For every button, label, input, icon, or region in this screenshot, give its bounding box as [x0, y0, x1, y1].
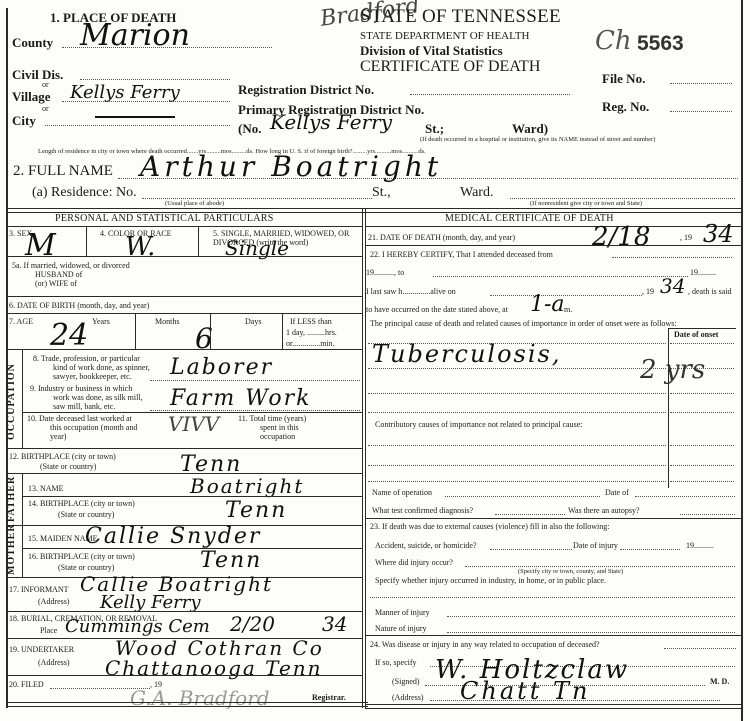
manner-label: Manner of injury [375, 608, 430, 617]
where-injury-label: Where did injury occur? [375, 558, 453, 567]
injury-year: 19.......... [686, 541, 714, 550]
industry-field [150, 410, 360, 411]
trade-value: Laborer [170, 355, 273, 380]
divider [6, 226, 362, 227]
nature-label: Nature of injury [375, 624, 427, 633]
less-than-min: or..............min. [286, 339, 335, 348]
bottom-border [6, 702, 368, 707]
autopsy-field [680, 514, 735, 515]
signed-label: (Signed) [392, 677, 420, 686]
age-months-label: Months [155, 317, 179, 326]
injury-place-label: Specify whether injury occurred in indus… [375, 576, 606, 585]
occupation-related-label: 24. Was disease or injury in any way rel… [370, 640, 600, 649]
onset-column-divider [668, 328, 669, 488]
test-field [495, 514, 565, 515]
undertaker-label: 19. UNDERTAKER [9, 645, 74, 654]
personal-section-title: PERSONAL AND STATISTICAL PARTICULARS [55, 213, 274, 224]
state-title: STATE OF TENNESSEE [360, 6, 561, 28]
attended-from-field [612, 257, 732, 258]
test-label: What test confirmed diagnosis? [372, 506, 473, 515]
divider [6, 296, 362, 297]
certificate-number-stamp: 5563 [637, 32, 684, 56]
last-saw-19: , 19 [642, 287, 654, 296]
where-injury-note: (Specify city or town, county, and State… [518, 568, 623, 575]
divider [6, 349, 362, 350]
mother-maiden-value: Callie Snyder [85, 524, 261, 549]
husband-label: HUSBAND of [35, 270, 82, 279]
full-name-label: 2. FULL NAME [13, 163, 113, 180]
age-days-label: Days [245, 317, 261, 326]
undertaker-address-label: (Address) [38, 658, 70, 667]
or-text: or [42, 104, 49, 113]
operation-field [445, 496, 600, 497]
reg-no-field [670, 111, 732, 112]
city-label: City [12, 113, 36, 129]
date-of-death-19: , 19 [680, 233, 692, 242]
divider [6, 611, 362, 612]
burial-place-value: Cummings Cem [65, 616, 210, 637]
divider [22, 525, 23, 577]
less-than-hrs: 1 day, .........hrs. [286, 328, 337, 337]
dob-label: 6. DATE OF BIRTH (month, day, and year) [9, 301, 149, 310]
onset-line-7 [670, 481, 734, 482]
trade-label-3: sawyer, bookkeeper, etc. [53, 372, 132, 381]
village-value: Kellys Ferry [70, 82, 180, 103]
total-time-label: 11. Total time (years) [238, 414, 306, 423]
contributory-line-2 [368, 465, 666, 466]
contributory-line-3 [368, 481, 666, 482]
or-text: or [42, 80, 49, 89]
divider [210, 313, 211, 349]
wife-label: (or) WIFE of [35, 279, 77, 288]
certify-label: 22. I HEREBY CERTIFY, That I attended de… [370, 250, 553, 259]
divider [6, 256, 362, 257]
burial-date-value: 2/20 [230, 612, 275, 636]
accident-field [490, 549, 572, 550]
mother-birthplace-label: 16. BIRTHPLACE (city or town) [28, 552, 135, 561]
contributory-line-1 [368, 445, 666, 446]
street-no-value: Kellys Ferry [270, 110, 392, 134]
divider [198, 226, 199, 256]
divider [365, 518, 741, 519]
last-saw-label: I last saw h..............alive on [366, 287, 456, 296]
where-injury-field [465, 566, 735, 567]
last-worked-label-2: this occupation (month and [50, 423, 137, 432]
age-years-label: Years [92, 317, 110, 326]
certificate-title: CERTIFICATE OF DEATH [360, 58, 540, 76]
race-value: W. [125, 232, 155, 262]
divider [22, 548, 362, 549]
principal-cause-label: The principal cause of death and related… [370, 319, 735, 328]
specify-label: If so, specify [375, 658, 417, 667]
sex-value: M [25, 228, 56, 263]
civil-dis-label: Civil Dis. [12, 67, 63, 83]
father-birthplace-value: Tenn [225, 498, 287, 523]
contributory-label: Contributory causes of importance not re… [375, 420, 583, 429]
age-years-value: 24 [50, 318, 88, 353]
city-field [45, 125, 230, 126]
accident-label: Accident, suicide, or homicide? [375, 541, 477, 550]
mother-birthplace-value: Tenn [200, 548, 262, 573]
date-of-onset-label: Date of onset [674, 330, 718, 339]
onset-line-4 [670, 412, 734, 413]
reg-no-label: Reg. No. [602, 99, 649, 115]
cause-of-death-value: Tuberculosis, [372, 340, 561, 368]
injury-place-field [370, 597, 735, 598]
attended-to-year: 19......... [690, 268, 716, 277]
industry-label: 9. Industry or business in which [30, 384, 132, 393]
trade-field [150, 380, 360, 381]
nonresident-field [510, 198, 735, 199]
death-certificate: 1. PLACE OF DEATH Bradford STATE OF TENN… [0, 0, 750, 721]
injury-date-field [620, 549, 680, 550]
divider [365, 226, 741, 227]
right-border [741, 0, 743, 721]
operation-date-field [635, 496, 735, 497]
ward-label: Ward) [512, 121, 548, 137]
occupation-side-label: OCCUPATION [6, 363, 17, 440]
division-title: Division of Vital Statistics [360, 43, 503, 59]
divider [22, 349, 23, 448]
filed-label: 20. FILED [9, 680, 44, 689]
trade-label: 8. Trade, profession, or particular [33, 354, 140, 363]
father-birthplace-label: 14. BIRTHPLACE (city or town) [28, 499, 135, 508]
divider [135, 313, 136, 349]
stamp-prefix: Ch [595, 26, 632, 56]
manner-field [447, 616, 735, 617]
attended-to-field [433, 276, 688, 277]
column-divider [362, 208, 363, 708]
duration-value: 2 yrs [640, 355, 705, 385]
autopsy-label: Was there an autopsy? [568, 506, 640, 515]
informant-address-value: Kelly Ferry [100, 592, 201, 613]
spouse-label: 5a. If married, widowed, or divorced [12, 261, 130, 270]
father-name-value: Boatright [190, 474, 304, 498]
registrar-label: Registrar. [312, 693, 346, 702]
operation-label: Name of operation [372, 488, 432, 497]
residence-ward-label: Ward. [460, 185, 493, 201]
residence-st-label: St., [372, 185, 391, 201]
onset-line-1 [670, 343, 734, 344]
department-title: STATE DEPARTMENT OF HEALTH [360, 30, 530, 42]
burial-place-label: Place [40, 626, 57, 635]
bottom-border-right [365, 704, 741, 709]
last-worked-label: 10. Date deceased last worked at [27, 414, 132, 423]
registration-district-label: Registration District No. [238, 82, 374, 98]
father-birthplace-label-2: (State or country) [58, 510, 114, 519]
last-saw-year: 34 [660, 274, 685, 298]
informant-label: 17. INFORMANT [9, 585, 69, 594]
date-of-death-label: 21. DATE OF DEATH (month, day, and year) [368, 233, 515, 242]
industry-label-2: work was done, as silk mill, [53, 393, 143, 402]
onset-line-3 [670, 393, 734, 394]
undertaker-address-value: Chattanooga Tenn [105, 656, 323, 680]
physician-address-label: (Address) [392, 693, 424, 702]
industry-value: Farm Work [170, 386, 311, 411]
divider [86, 226, 87, 256]
medical-section-title: MEDICAL CERTIFICATE OF DEATH [445, 213, 614, 224]
burial-year-value: 34 [322, 612, 347, 636]
divider [22, 473, 23, 525]
residence-label: (a) Residence: No. [32, 185, 137, 201]
date-of-death-year: 34 [703, 220, 734, 248]
divider [6, 473, 362, 474]
trade-label-2: kind of work done, as spinner, [53, 363, 150, 372]
village-label: Village [12, 89, 51, 105]
onset-line-6 [670, 465, 734, 466]
occurred-label: to have occurred on the date stated abov… [366, 305, 508, 314]
external-causes-label: 23. If death was due to external causes … [370, 522, 609, 531]
birthplace-label-2: (State or country) [40, 462, 96, 471]
occurred-time-value: 1-a [530, 292, 565, 317]
cause-line-3 [368, 393, 666, 394]
st-label: St.; [425, 121, 444, 137]
cause-line-2 [368, 368, 666, 369]
age-label: 7. AGE [9, 317, 33, 326]
date-of-death-value: 2/18 [592, 222, 650, 252]
onset-line-5 [670, 445, 734, 446]
county-label: County [12, 35, 53, 51]
county-value: Marion [80, 18, 190, 53]
street-no-label: (No. [238, 121, 261, 137]
father-name-label: 13. NAME [28, 484, 64, 493]
city-dash [95, 116, 175, 118]
operation-date-label: Date of [605, 488, 629, 497]
informant-address-label: (Address) [38, 597, 70, 606]
divider [6, 313, 362, 314]
attended-to-label: 19.........., to [366, 268, 404, 277]
occurred-m: m. [564, 305, 572, 314]
left-border [6, 8, 8, 708]
last-worked-value: VIVV [168, 412, 219, 436]
nature-field [447, 632, 735, 633]
mother-birthplace-label-2: (State or country) [58, 563, 114, 572]
last-worked-label-3: year) [50, 432, 66, 441]
industry-label-3: saw mill, bank, etc. [53, 402, 115, 411]
divider [6, 448, 362, 449]
father-side-label: FATHER [6, 476, 17, 522]
column-divider-2 [365, 208, 366, 708]
full-name-value: Arthur Boatright [140, 150, 442, 183]
file-no-label: File No. [602, 71, 645, 87]
last-saw-field [490, 295, 642, 296]
less-than-label: If LESS than [290, 317, 332, 326]
total-time-label-2: spent in this [260, 423, 299, 432]
injury-date-label: Date of injury [573, 541, 618, 550]
divider [668, 328, 736, 329]
civil-dis-field [80, 79, 230, 80]
abode-note: (Usual place of abode) [165, 200, 224, 207]
divider [365, 245, 741, 246]
nonresident-note: (If nonresident give city or town and St… [530, 200, 642, 207]
divider [282, 313, 283, 349]
md-label: M. D. [710, 677, 729, 686]
cause-line-4 [368, 412, 666, 413]
birthplace-label: 12. BIRTHPLACE (city or town) [9, 452, 116, 461]
file-no-field [670, 83, 732, 84]
physician-address-value: Chatt Tn [460, 677, 591, 705]
divider [6, 675, 362, 676]
divider [365, 635, 741, 636]
total-time-label-3: occupation [260, 432, 295, 441]
residence-field [142, 198, 372, 199]
occupation-related-field [664, 648, 736, 649]
divider [22, 496, 362, 497]
hospital-note: (If death occurred in a hospital or inst… [420, 136, 655, 143]
registration-district-field [410, 94, 570, 95]
mother-side-label: MOTHER [6, 523, 17, 575]
death-said-label: , death is said [688, 287, 732, 296]
